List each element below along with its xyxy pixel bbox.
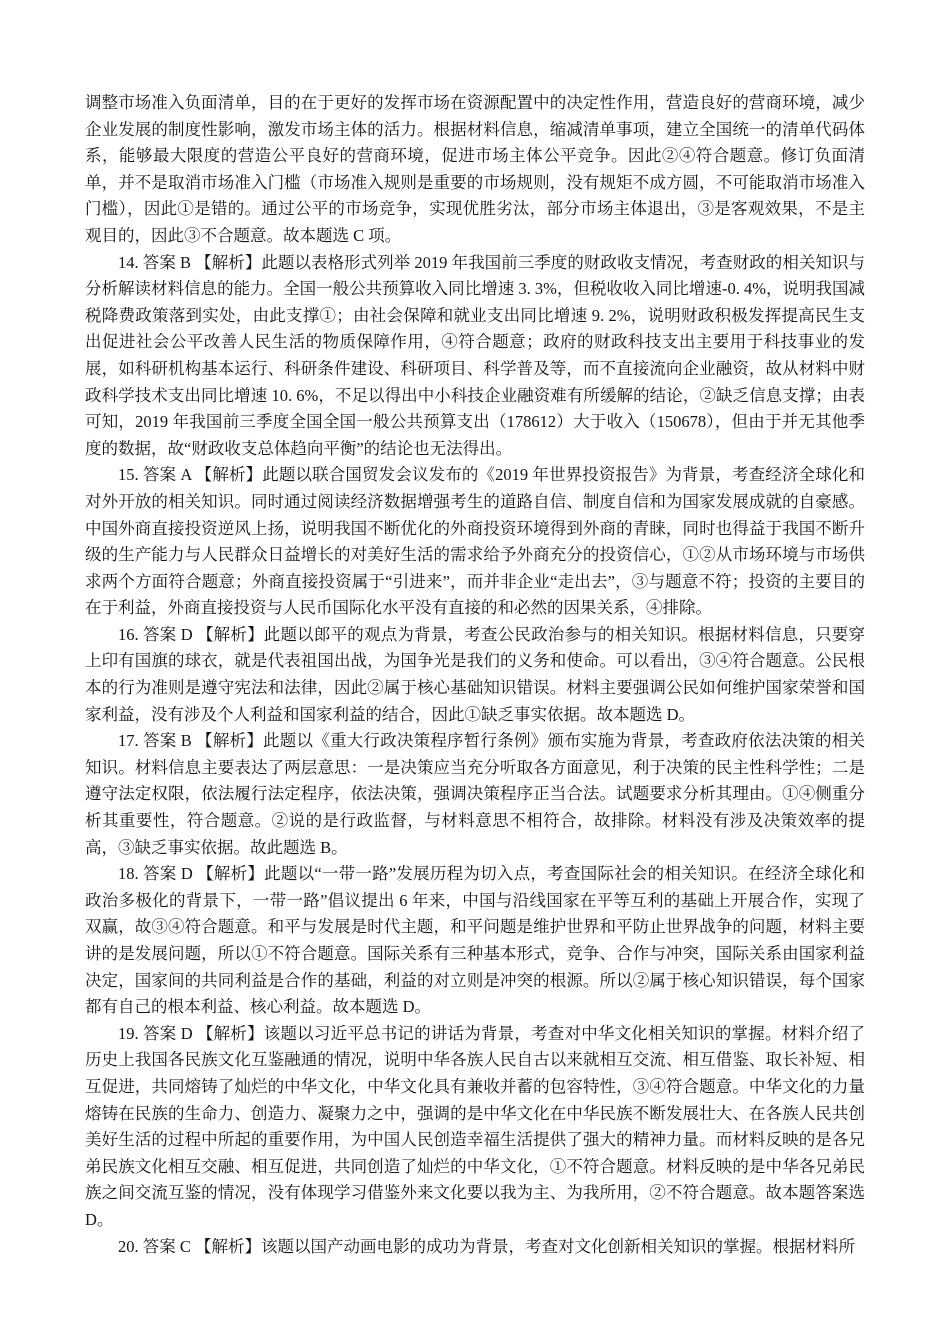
answer-explanation-q16: 16. 答案 D 【解析】此题以郎平的观点为背景，考查公民政治参与的相关知识。根… [85, 622, 865, 728]
answer-explanation-q20: 20. 答案 C 【解析】该题以国产动画电影的成功为背景，考查对文化创新相关知识… [85, 1234, 865, 1261]
answer-explanation-q15: 15. 答案 A 【解析】此题以联合国贸发会议发布的《2019 年世界投资报告》… [85, 462, 865, 622]
document-page: 调整市场准入负面清单，目的在于更好的发挥市场在资源配置中的决定性作用，营造良好的… [0, 0, 950, 1344]
answer-explanation-q17: 17. 答案 B 【解析】此题以《重大行政决策程序暂行条例》颁布实施为背景，考查… [85, 728, 865, 861]
answer-explanation-continuation: 调整市场准入负面清单，目的在于更好的发挥市场在资源配置中的决定性作用，营造良好的… [85, 90, 865, 250]
answer-explanations-text-block: 调整市场准入负面清单，目的在于更好的发挥市场在资源配置中的决定性作用，营造良好的… [85, 90, 865, 1260]
answer-explanation-q14: 14. 答案 B 【解析】此题以表格形式列举 2019 年我国前三季度的财政收支… [85, 250, 865, 463]
answer-explanation-q19: 19. 答案 D 【解析】该题以习近平总书记的讲话为背景，考查对中华文化相关知识… [85, 1021, 865, 1234]
answer-explanation-q18: 18. 答案 D 【解析】此题以“一带一路”发展历程为切入点，考查国际社会的相关… [85, 861, 865, 1021]
